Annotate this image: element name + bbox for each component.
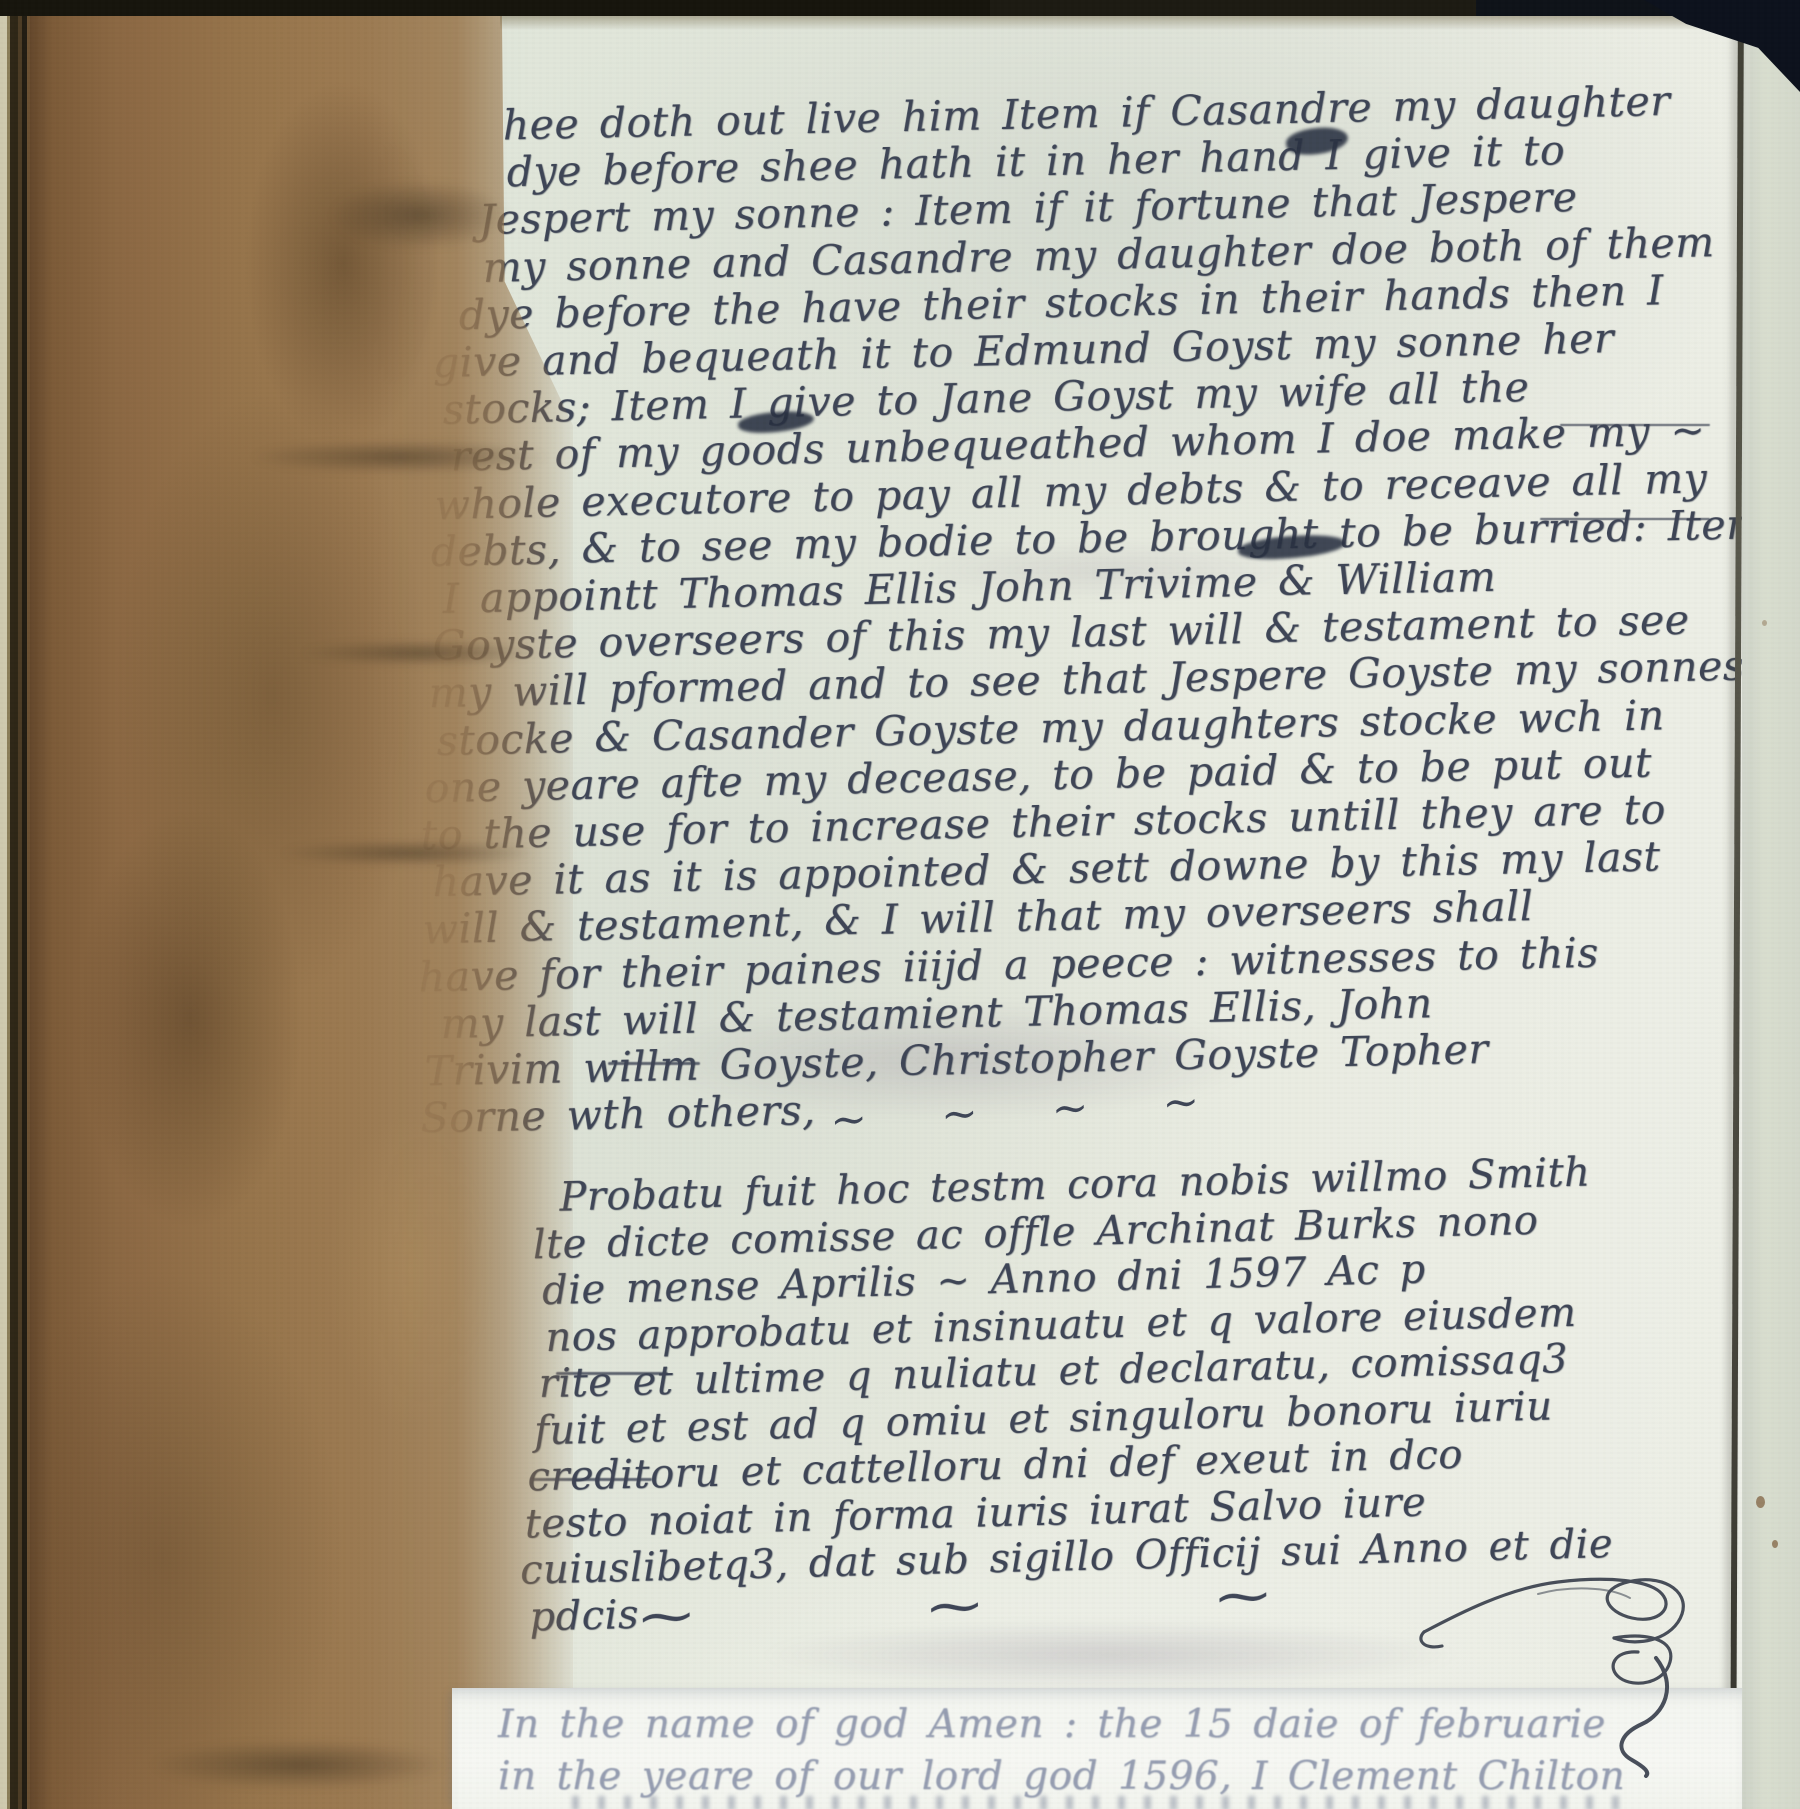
line-end-stroke xyxy=(1540,518,1710,520)
page-top-shadow xyxy=(500,16,1800,30)
book-top-edge xyxy=(0,0,1800,16)
paper-speck xyxy=(1756,1496,1765,1508)
paper-speck xyxy=(1772,1540,1778,1548)
book-spine-edge xyxy=(0,0,30,1809)
pen-underline xyxy=(608,1062,700,1065)
manuscript-photo: hee doth out live him Item if Casandre m… xyxy=(0,0,1800,1809)
paper-speck xyxy=(1762,620,1767,626)
line-end-stroke xyxy=(1560,424,1710,426)
adjacent-page-edge xyxy=(1742,0,1800,1809)
vellum-strip xyxy=(26,12,573,1809)
notary-flourish xyxy=(1418,1528,1738,1778)
